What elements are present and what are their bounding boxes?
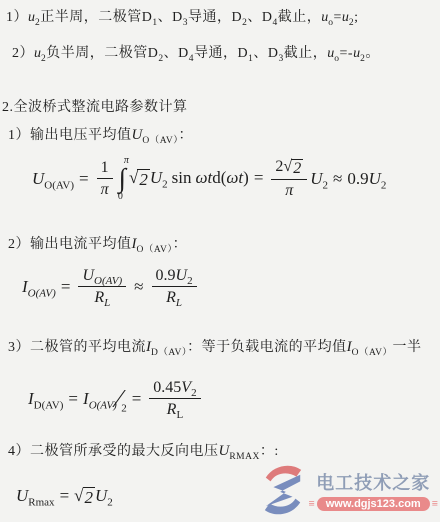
numerator: 1 bbox=[97, 158, 113, 179]
denominator: RL bbox=[167, 399, 184, 419]
differential-open: d( bbox=[212, 168, 226, 187]
var-R: R bbox=[167, 401, 177, 418]
radicand: 2 bbox=[83, 487, 96, 508]
numerator: 2√2 bbox=[271, 157, 307, 180]
denominator: π bbox=[285, 180, 293, 200]
sqrt-radical: √2 bbox=[129, 169, 150, 190]
var-U: U bbox=[150, 168, 162, 187]
paren-close: ) bbox=[243, 168, 249, 187]
sqrt-radical: √2 bbox=[283, 159, 303, 178]
var-R: R bbox=[94, 289, 104, 306]
subscript: RMAX bbox=[229, 452, 260, 462]
text-segment: ： bbox=[173, 237, 188, 252]
document-page: 1）u2正半周，二极管D1、D3导通，D2、D4截止，uo=u2; 2）u2负半… bbox=[0, 0, 440, 522]
section-heading: 2.全波桥式整流电路参数计算 bbox=[2, 96, 188, 116]
approx-sign: ≈ bbox=[333, 169, 342, 188]
subscript: L bbox=[104, 297, 110, 309]
sqrt-radical: √2 bbox=[74, 487, 95, 508]
text-segment: 负半周，二极管D bbox=[46, 46, 158, 61]
numerator: UO(AV) bbox=[78, 266, 126, 287]
text-segment: 2）输出电流平均值 bbox=[8, 237, 132, 252]
subscript: O(AV) bbox=[94, 275, 122, 287]
subscript: 2 bbox=[162, 178, 168, 190]
watermark-site-name: 电工技术之家 bbox=[316, 469, 430, 495]
fraction-one-over-pi: 1π bbox=[97, 158, 113, 199]
subscript: 2 bbox=[107, 496, 113, 508]
var-V: V bbox=[181, 379, 191, 396]
item-4-max-reverse-voltage-label: 4）二极管所承受的最大反向电压URMAX：: bbox=[8, 440, 279, 460]
var-u2: u bbox=[342, 10, 349, 25]
var-R: R bbox=[166, 289, 176, 306]
subscript: 2 bbox=[191, 387, 197, 399]
denominator: π bbox=[101, 179, 109, 199]
subscript: O（AV） bbox=[352, 348, 393, 358]
text-segment: ：: bbox=[260, 444, 279, 459]
text-segment: 、D bbox=[164, 46, 189, 61]
watermark-text-block: 电工技术之家 ≡ www.dgjs123.com ≡ bbox=[308, 469, 438, 511]
denominator: RL bbox=[94, 287, 110, 307]
sin-function: sin bbox=[172, 168, 192, 187]
var-U: U bbox=[16, 486, 28, 505]
formula-max-reverse-voltage: URmax=√2U2 bbox=[16, 486, 113, 508]
var-u2: u bbox=[28, 10, 35, 25]
subscript: 2 bbox=[187, 275, 193, 287]
subscript: 2 bbox=[381, 179, 387, 191]
radicand: 2 bbox=[137, 169, 150, 190]
formula-diode-average-current: ID(AV)=IO(AV) ∕2 = 0.45V2RL bbox=[28, 378, 204, 419]
formula-output-current-average: IO(AV)= UO(AV)RL ≈ 0.9U2RL bbox=[22, 266, 200, 307]
subscript: O(AV) bbox=[89, 399, 117, 411]
numerator: 0.45V2 bbox=[149, 378, 200, 399]
text-segment: =- bbox=[340, 46, 354, 61]
text-segment: 1）输出电压平均值 bbox=[8, 128, 132, 143]
equals-sign: = bbox=[60, 486, 70, 505]
subscript: L bbox=[176, 297, 182, 309]
upper-limit: π bbox=[124, 156, 129, 166]
stripe-right-icon: ≡ bbox=[432, 498, 438, 510]
subscript: O（AV） bbox=[137, 245, 173, 255]
text-segment: 4）二极管所承受的最大反向电压 bbox=[8, 444, 219, 459]
fraction-045V2-over-RL: 0.45V2RL bbox=[149, 378, 200, 419]
step-1-positive-half-cycle: 1）u2正半周，二极管D1、D3导通，D2、D4截止，uo=u2; bbox=[6, 6, 359, 26]
text-segment: 2） bbox=[12, 46, 34, 61]
text-segment: ; bbox=[354, 10, 358, 25]
equals-sign: = bbox=[132, 389, 142, 409]
var-U: U bbox=[95, 486, 107, 505]
var-U: U bbox=[219, 443, 230, 459]
text-segment: ：等于负载电流的平均值 bbox=[187, 340, 347, 355]
watermark: 电工技术之家 ≡ www.dgjs123.com ≡ bbox=[261, 461, 438, 519]
subscript: O（AV） bbox=[142, 136, 178, 146]
text-segment: = bbox=[334, 10, 342, 25]
divisor: 2 bbox=[121, 402, 127, 414]
integral-zero-to-pi: π∫0 bbox=[119, 156, 126, 202]
text-segment: 、D bbox=[247, 10, 272, 25]
approx-sign: ≈ bbox=[134, 277, 143, 297]
fraction-Uoav-over-RL: UO(AV)RL bbox=[78, 266, 126, 307]
text-segment: 一半 bbox=[392, 340, 421, 355]
watermark-logo-icon bbox=[261, 461, 305, 519]
subscript: O(AV) bbox=[28, 287, 56, 299]
subscript: D（AV） bbox=[151, 348, 187, 358]
var-U: U bbox=[310, 169, 322, 188]
denominator: RL bbox=[166, 287, 182, 307]
stripe-left-icon: ≡ bbox=[308, 498, 314, 510]
var-u2: u bbox=[34, 46, 41, 61]
text-segment: 正半周，二极管D bbox=[40, 10, 152, 25]
subscript: D(AV) bbox=[34, 399, 64, 411]
integral-sign: ∫ bbox=[119, 166, 126, 192]
text-segment: 截止， bbox=[278, 10, 322, 25]
var-U: U bbox=[82, 267, 94, 284]
item-2-output-current-label: 2）输出电流平均值IO（AV）： bbox=[8, 233, 187, 253]
text-segment: 1） bbox=[6, 10, 28, 25]
coefficient: 2 bbox=[275, 158, 283, 175]
text-segment: 导通，D bbox=[194, 46, 248, 61]
watermark-url: www.dgjs123.com bbox=[317, 497, 430, 511]
item-1-output-voltage-label: 1）输出电压平均值UO（AV）： bbox=[8, 124, 193, 144]
text-segment: 、D bbox=[253, 46, 278, 61]
lhs-U-rmax: URmax=√2U2 bbox=[16, 486, 113, 508]
var-omega-t: ωt bbox=[196, 168, 213, 187]
item-3-diode-average-current-label: 3）二极管的平均电流ID（AV）：等于负载电流的平均值IO（AV）一半 bbox=[8, 336, 421, 356]
var-u2: u bbox=[353, 46, 360, 61]
var-U: U bbox=[369, 169, 381, 188]
text-segment: 、D bbox=[158, 10, 183, 25]
var-omega-t: ωt bbox=[226, 168, 243, 187]
subscript: L bbox=[176, 409, 183, 421]
coefficient: 0.9 bbox=[347, 169, 368, 188]
text-segment: 3）二极管的平均电流 bbox=[8, 340, 146, 355]
var-U: U bbox=[132, 127, 143, 143]
formula-output-voltage-average: UO(AV)= 1π π∫0 √2U2sinωtd(ωt)= 2√2π U2≈0… bbox=[32, 156, 386, 202]
lhs-I-oav: IO(AV)= bbox=[22, 277, 75, 297]
subscript: O(AV) bbox=[44, 179, 74, 191]
step-2-negative-half-cycle: 2）u2负半周，二极管D2、D4导通，D1、D3截止，uo=-u2。 bbox=[12, 42, 380, 62]
coefficient: 0.9 bbox=[156, 267, 176, 284]
text-segment: 导通，D bbox=[188, 10, 242, 25]
equals-sign: = bbox=[61, 277, 71, 296]
var-U: U bbox=[32, 169, 44, 188]
text-segment: 。 bbox=[365, 46, 380, 61]
divided-by-two: ∕2 bbox=[117, 386, 127, 412]
subscript: 2 bbox=[322, 179, 328, 191]
var-U: U bbox=[176, 267, 188, 284]
coefficient: 0.45 bbox=[153, 379, 181, 396]
fraction-two-sqrt2-over-pi: 2√2π bbox=[271, 157, 307, 201]
lhs-I-dav: ID(AV)=IO(AV) bbox=[28, 389, 117, 409]
text-segment: 截止， bbox=[284, 46, 328, 61]
text-segment: ： bbox=[178, 128, 193, 143]
subscript: Rmax bbox=[28, 496, 54, 508]
fraction-09U2-over-RL: 0.9U2RL bbox=[152, 266, 197, 307]
watermark-url-banner: ≡ www.dgjs123.com ≡ bbox=[308, 497, 438, 511]
integrand: √2U2sinωtd(ωt)= bbox=[129, 168, 268, 190]
numerator: 0.9U2 bbox=[152, 266, 197, 287]
rhs-approx: U2≈0.9U2 bbox=[310, 169, 386, 189]
equals-sign: = bbox=[254, 168, 264, 187]
equals-sign: = bbox=[68, 389, 78, 408]
radicand: 2 bbox=[291, 159, 303, 178]
lower-limit: 0 bbox=[118, 192, 123, 202]
lhs-U-oav: UO(AV)= bbox=[32, 169, 94, 189]
equals-sign: = bbox=[79, 169, 89, 188]
